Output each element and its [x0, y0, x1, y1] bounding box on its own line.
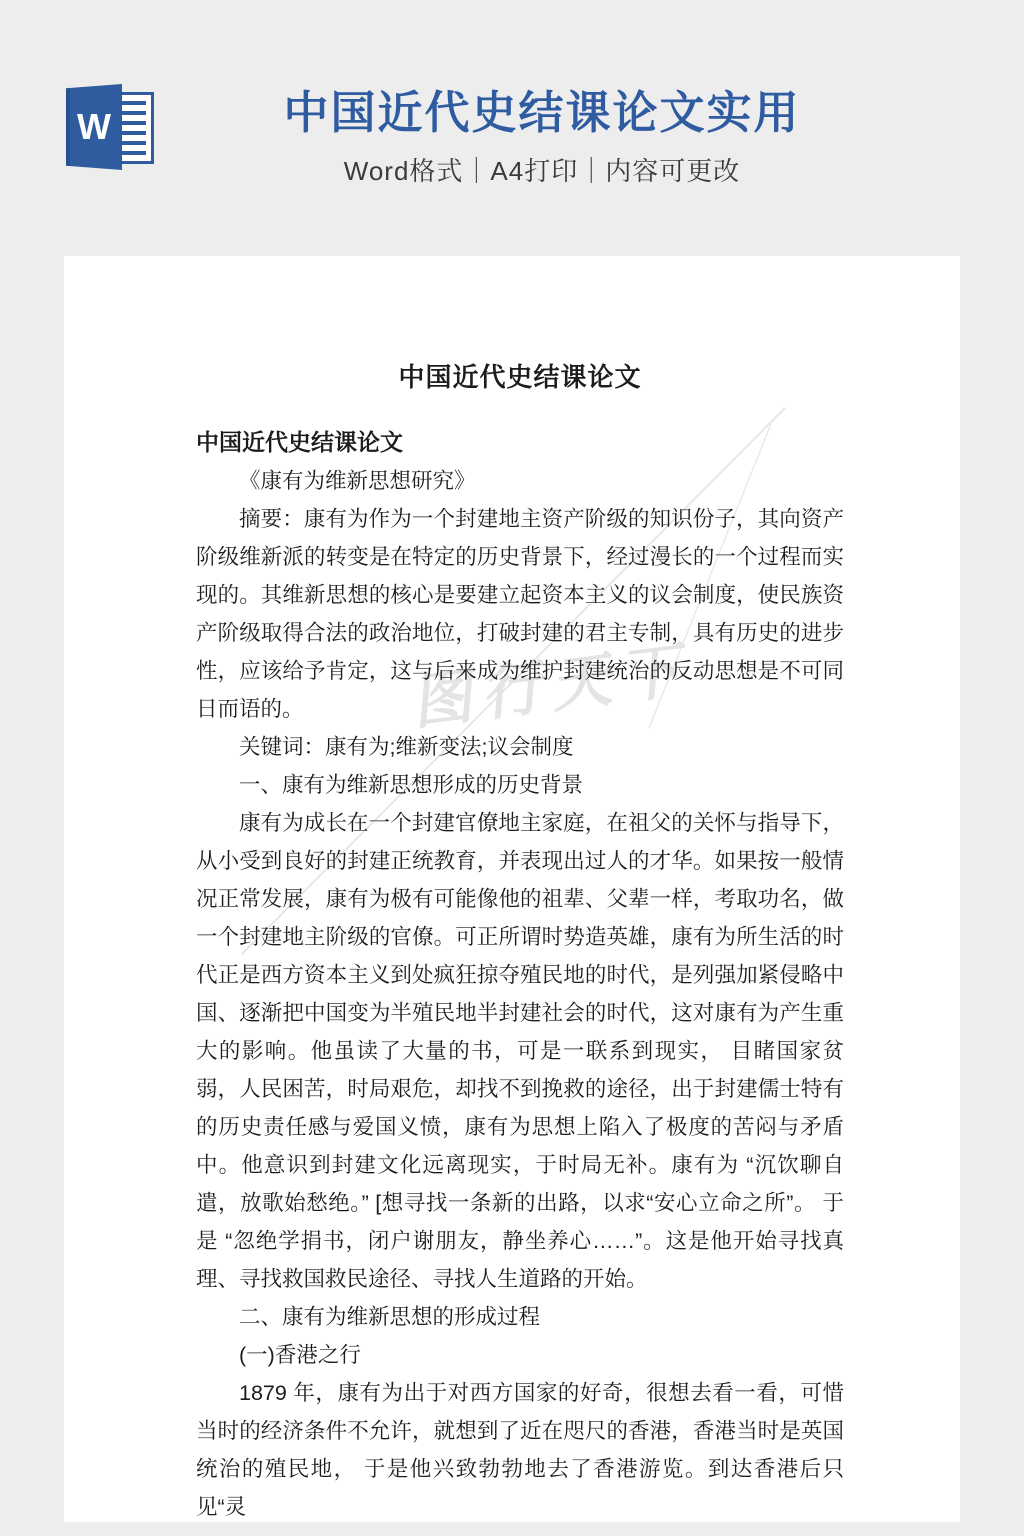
section-heading-1: 一、康有为维新思想形成的历史背景 — [196, 766, 844, 804]
template-title: 中国近代史结课论文实用 — [130, 88, 954, 138]
doc-heading: 中国近代史结课论文 — [196, 422, 844, 462]
header: W 中国近代史结课论文实用 Word格式｜A4打印｜内容可更改 — [0, 0, 1024, 230]
keywords-line: 关键词：康有为;维新变法;议会制度 — [196, 728, 844, 766]
body-paragraph-1: 康有为成长在一个封建官僚地主家庭，在祖父的关怀与指导下，从小受到良好的封建正统教… — [196, 804, 844, 1298]
header-text: 中国近代史结课论文实用 Word格式｜A4打印｜内容可更改 — [130, 88, 954, 188]
doc-title: 中国近代史结课论文 — [196, 358, 844, 396]
document-content: 中国近代史结课论文 中国近代史结课论文 《康有为维新思想研究》 摘要：康有为作为… — [196, 358, 844, 1526]
document-page: 图行天下 中国近代史结课论文 中国近代史结课论文 《康有为维新思想研究》 摘要：… — [64, 256, 960, 1522]
word-icon-letter: W — [66, 84, 122, 170]
abstract-paragraph: 摘要：康有为作为一个封建地主资产阶级的知识份子，其向资产阶级维新派的转变是在特定… — [196, 500, 844, 728]
subsection-heading: (一)香港之行 — [196, 1336, 844, 1374]
template-subtitle: Word格式｜A4打印｜内容可更改 — [130, 151, 954, 188]
section-heading-2: 二、康有为维新思想的形成过程 — [196, 1298, 844, 1336]
doc-subheading: 《康有为维新思想研究》 — [196, 462, 844, 500]
body-paragraph-2: 1879 年，康有为出于对西方国家的好奇，很想去看一看，可惜当时的经济条件不允许… — [196, 1374, 844, 1526]
